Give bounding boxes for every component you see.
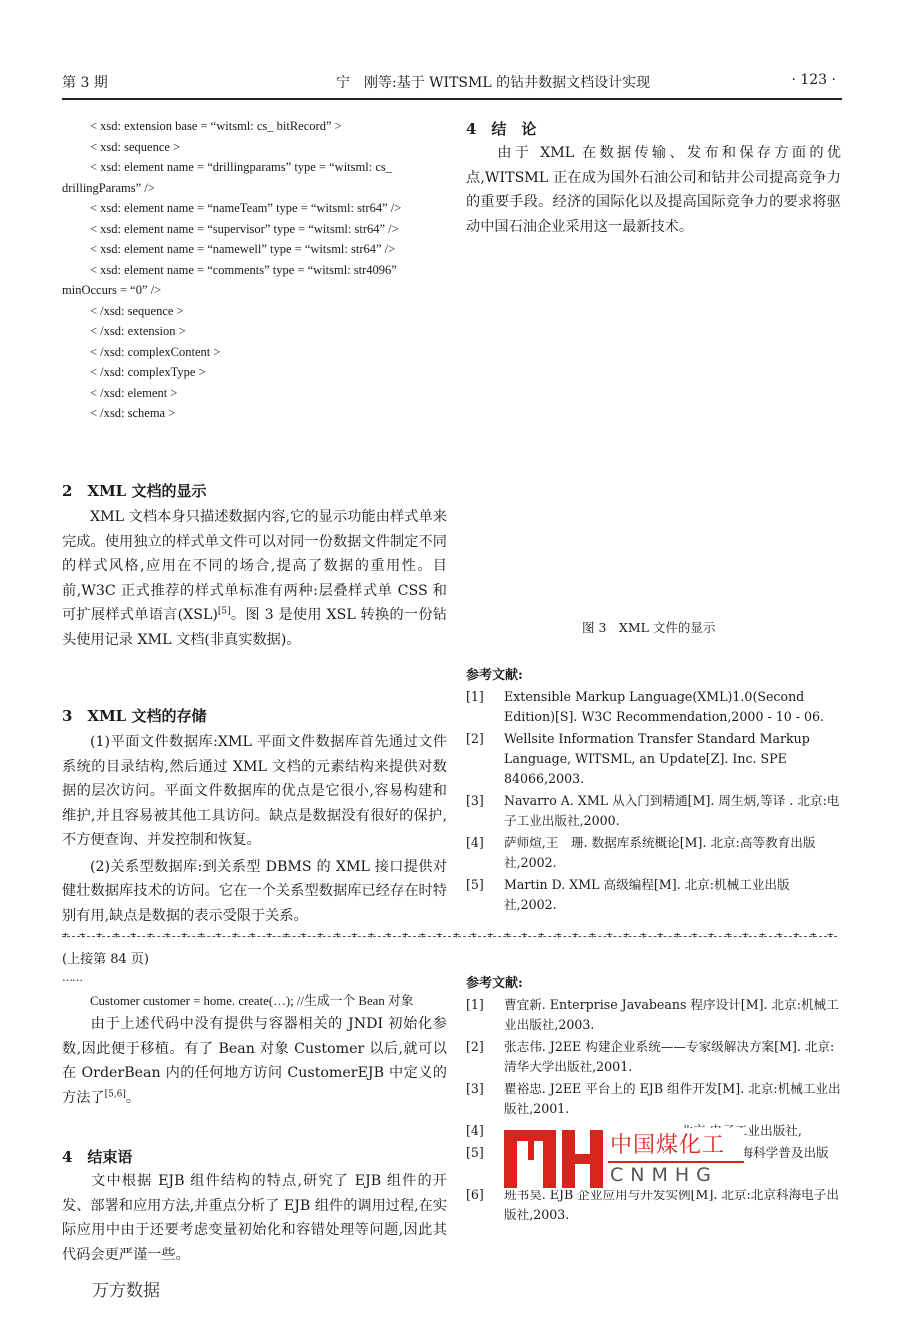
separator-mark: + — [691, 933, 698, 941]
separator-mark: + — [198, 933, 205, 941]
figure-3-area — [466, 250, 841, 605]
separator-mark: + — [130, 933, 137, 941]
separator-mark: + — [504, 933, 511, 941]
separator-mark: + — [708, 933, 715, 941]
reference-text: Martin D. XML 高级编程[M]. 北京:机械工业出版社,2002. — [504, 877, 790, 912]
reference-text: 曹宜新. Enterprise Javabeans 程序设计[M]. 北京:机械… — [504, 997, 839, 1032]
section-heading: 3 XML 文档的存储 — [62, 705, 447, 726]
section-heading: 2 XML 文档的显示 — [62, 480, 447, 501]
xsd-code-block: < xsd: extension base = “witsml: cs_ bit… — [62, 116, 447, 424]
separator-mark: + — [759, 933, 766, 941]
separator-mark: + — [249, 933, 256, 941]
watermark-en-text: CNMHG — [610, 1164, 718, 1186]
separator-mark: + — [351, 933, 358, 941]
code-line: < xsd: sequence > — [62, 137, 447, 158]
separator-mark: + — [810, 933, 817, 941]
reference-item: [4]萨师煊,王 珊. 数据库系统概论[M]. 北京:高等教育出版社,2002. — [466, 833, 841, 873]
separator-mark: + — [657, 933, 664, 941]
continuation-paragraph: 由于上述代码中没有提供与容器相关的 JNDI 初始化参数,因此便于移植。有了 B… — [62, 1012, 447, 1110]
separator-mark: + — [453, 933, 460, 941]
separator-mark: + — [317, 933, 324, 941]
section-2: 2 XML 文档的显示 XML 文档本身只描述数据内容,它的显示功能由样式单来完… — [62, 480, 447, 652]
separator-mark: + — [215, 933, 222, 941]
reference-number: [3] — [466, 1079, 484, 1099]
separator-mark: + — [62, 933, 69, 941]
separator-mark: + — [385, 933, 392, 941]
code-line: < /xsd: complexContent > — [62, 342, 447, 363]
separator-mark: + — [827, 933, 834, 941]
reference-text: Navarro A. XML 从入门到精通[M]. 周生炳,等译 . 北京:电子… — [504, 793, 839, 828]
reference-item: [1]Extensible Markup Language(XML)1.0(Se… — [466, 687, 841, 727]
issue-number: 第 3 期 — [62, 72, 108, 92]
reference-item: [1]曹宜新. Enterprise Javabeans 程序设计[M]. 北京… — [466, 995, 841, 1035]
separator-mark: + — [181, 933, 188, 941]
citation: [5] — [218, 606, 231, 616]
page-number: · 123 · — [791, 72, 836, 88]
separator-mark: + — [436, 933, 443, 941]
separator-mark: + — [776, 933, 783, 941]
separator-mark: + — [793, 933, 800, 941]
reference-text: 张志伟. J2EE 构建企业系统——专家级解决方案[M]. 北京:清华大学出版社… — [504, 1039, 834, 1074]
separator-mark: + — [402, 933, 409, 941]
section-paragraph: (2)关系型数据库:到关系型 DBMS 的 XML 接口提供对健壮数据库技术的访… — [62, 855, 447, 929]
code-line: < xsd: element name = “drillingparams” t… — [62, 157, 447, 178]
reference-text: 萨师煊,王 珊. 数据库系统概论[M]. 北京:高等教育出版社,2002. — [504, 835, 815, 870]
separator-mark: + — [164, 933, 171, 941]
separator-mark: + — [674, 933, 681, 941]
separator-mark: + — [623, 933, 630, 941]
code-line: < /xsd: extension > — [62, 321, 447, 342]
section-body: XML 文档本身只描述数据内容,它的显示功能由样式单来完成。使用独立的样式单文件… — [62, 505, 447, 652]
code-line: < xsd: extension base = “witsml: cs_ bit… — [62, 116, 447, 137]
code-line: < /xsd: schema > — [62, 403, 447, 424]
continued-from-label: (上接第 84 页) — [62, 948, 447, 967]
reference-item: [2]张志伟. J2EE 构建企业系统——专家级解决方案[M]. 北京:清华大学… — [466, 1037, 841, 1077]
separator-mark: + — [113, 933, 120, 941]
references-title: 参考文献: — [466, 972, 841, 991]
separator-mark: + — [742, 933, 749, 941]
separator-mark: + — [572, 933, 579, 941]
section-body: 文中根据 EJB 组件结构的特点,研究了 EJB 组件的开发、部署和应用方法,并… — [62, 1169, 447, 1267]
code-line: drillingParams” /> — [62, 178, 447, 199]
separator-mark: + — [470, 933, 477, 941]
watermark-cn-text: 中国煤化工 — [610, 1128, 725, 1159]
code-line: Customer customer = home. create(…); //生… — [62, 990, 447, 1012]
section-paragraph: (1)平面文件数据库:XML 平面文件数据库首先通过文件系统的目录结构,然后通过… — [62, 730, 447, 853]
figure-caption: 图 3 XML 文件的显示 — [582, 618, 715, 636]
reference-item: [5]Martin D. XML 高级编程[M]. 北京:机械工业出版社,200… — [466, 875, 841, 915]
separator-mark: + — [487, 933, 494, 941]
section-heading: 4 结 论 — [466, 118, 841, 139]
reference-text: Wellsite Information Transfer Standard M… — [504, 731, 810, 786]
section-body: 由于 XML 在数据传输、发布和保存方面的优点,WITSML 正在成为国外石油公… — [466, 141, 841, 239]
separator-mark: + — [79, 933, 86, 941]
article-separator: ++++++++++++++++++++++++++++++++++++++++… — [62, 933, 837, 941]
reference-number: [4] — [466, 833, 484, 853]
section-4: 4 结 论 由于 XML 在数据传输、发布和保存方面的优点,WITSML 正在成… — [466, 118, 841, 239]
code-line: minOccurs = “0” /> — [62, 280, 447, 301]
separator-mark: + — [419, 933, 426, 941]
reference-number: [2] — [466, 1037, 484, 1057]
separator-mark: + — [147, 933, 154, 941]
code-line: < xsd: element name = “comments” type = … — [62, 260, 447, 281]
continuation-block: (上接第 84 页) …… Customer customer = home. … — [62, 948, 447, 1110]
reference-number: [5] — [466, 1143, 484, 1163]
code-line: < /xsd: element > — [62, 383, 447, 404]
separator-mark: + — [538, 933, 545, 941]
header-rule — [62, 98, 842, 100]
references-top: 参考文献: [1]Extensible Markup Language(XML)… — [466, 664, 841, 917]
separator-mark: + — [521, 933, 528, 941]
separator-mark: + — [640, 933, 647, 941]
running-header: 第 3 期 宁 刚等:基于 WITSML 的钻井数据文档设计实现 · 123 · — [62, 68, 842, 94]
citation: [5,6] — [105, 1089, 126, 1099]
code-line: < xsd: element name = “namewell” type = … — [62, 239, 447, 260]
separator-mark: + — [606, 933, 613, 941]
reference-item: [6]班书昊. EJB 企业应用与开发实例[M]. 北京:北京科海电子出版社,2… — [466, 1185, 841, 1225]
code-line: < xsd: element name = “supervisor” type … — [62, 219, 447, 240]
reference-number: [1] — [466, 687, 484, 707]
separator-mark: + — [283, 933, 290, 941]
separator-mark: + — [232, 933, 239, 941]
section-3: 3 XML 文档的存储 (1)平面文件数据库:XML 平面文件数据库首先通过文件… — [62, 705, 447, 928]
conclusion-section: 4 结束语 文中根据 EJB 组件结构的特点,研究了 EJB 组件的开发、部署和… — [62, 1146, 447, 1267]
code-line: < xsd: element name = “nameTeam” type = … — [62, 198, 447, 219]
reference-item: [3]瞿裕忠. J2EE 平台上的 EJB 组件开发[M]. 北京:机械工业出版… — [466, 1079, 841, 1119]
separator-mark: + — [334, 933, 341, 941]
references-title: 参考文献: — [466, 664, 841, 683]
separator-mark: + — [266, 933, 273, 941]
publisher-watermark: 中国煤化工 CNMHG — [504, 1128, 744, 1190]
separator-mark: + — [368, 933, 375, 941]
reference-item: [3]Navarro A. XML 从入门到精通[M]. 周生炳,等译 . 北京… — [466, 791, 841, 831]
separator-mark: + — [96, 933, 103, 941]
reference-number: [4] — [466, 1121, 484, 1141]
source-watermark-text: 万方数据 — [92, 1276, 160, 1301]
section-heading: 4 结束语 — [62, 1146, 447, 1167]
separator-mark: + — [725, 933, 732, 941]
article-title: 宁 刚等:基于 WITSML 的钻井数据文档设计实现 — [336, 72, 650, 92]
reference-number: [6] — [466, 1185, 484, 1205]
reference-number: [2] — [466, 729, 484, 749]
reference-number: [1] — [466, 995, 484, 1015]
separator-mark: + — [300, 933, 307, 941]
separator-mark: + — [555, 933, 562, 941]
reference-text: Extensible Markup Language(XML)1.0(Secon… — [504, 689, 824, 724]
code-line: < /xsd: complexType > — [62, 362, 447, 383]
ellipsis: …… — [62, 971, 447, 984]
reference-number: [5] — [466, 875, 484, 895]
code-line: < /xsd: sequence > — [62, 301, 447, 322]
reference-number: [3] — [466, 791, 484, 811]
reference-text: 瞿裕忠. J2EE 平台上的 EJB 组件开发[M]. 北京:机械工业出版社,2… — [504, 1081, 841, 1116]
reference-text: 班书昊. EJB 企业应用与开发实例[M]. 北京:北京科海电子出版社,2003… — [504, 1187, 839, 1222]
reference-item: [2]Wellsite Information Transfer Standar… — [466, 729, 841, 789]
separator-mark: + — [589, 933, 596, 941]
